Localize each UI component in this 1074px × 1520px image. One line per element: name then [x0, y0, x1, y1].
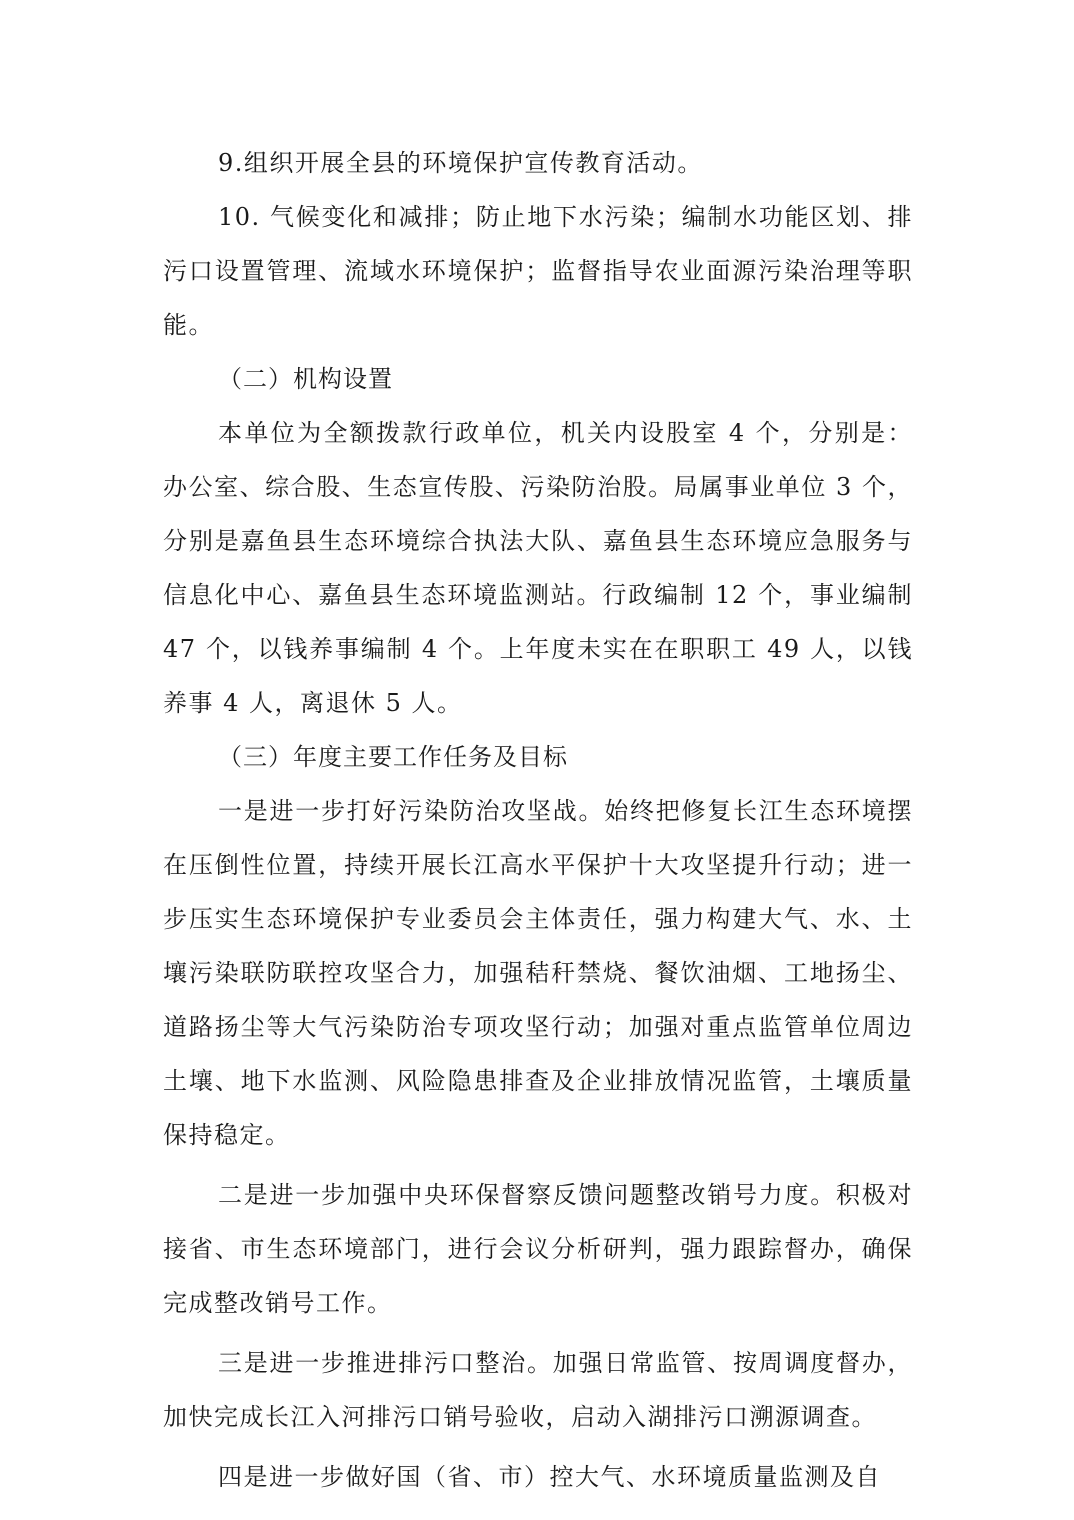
- organization-paragraph: 本单位为全额拨款行政单位，机关内设股室 4 个，分别是：办公室、综合股、生态宣传…: [163, 406, 913, 730]
- task-two-paragraph: 二是进一步加强中央环保督察反馈问题整改销号力度。积极对接省、市生态环境部门，进行…: [163, 1168, 913, 1330]
- item-9-paragraph: 9.组织开展全县的环境保护宣传教育活动。: [163, 136, 913, 190]
- task-one-paragraph: 一是进一步打好污染防治攻坚战。始终把修复长江生态环境摆在压倒性位置，持续开展长江…: [163, 784, 913, 1162]
- section-heading-organization: （二）机构设置: [163, 352, 913, 406]
- task-four-paragraph: 四是进一步做好国（省、市）控大气、水环境质量监测及自: [163, 1450, 913, 1504]
- section-heading-annual-tasks: （三）年度主要工作任务及目标: [163, 730, 913, 784]
- document-page: 9.组织开展全县的环境保护宣传教育活动。 10. 气候变化和减排；防止地下水污染…: [163, 136, 913, 1504]
- task-three-paragraph: 三是进一步推进排污口整治。加强日常监管、按周调度督办，加快完成长江入河排污口销号…: [163, 1336, 913, 1444]
- item-10-paragraph: 10. 气候变化和减排；防止地下水污染；编制水功能区划、排污口设置管理、流域水环…: [163, 190, 913, 352]
